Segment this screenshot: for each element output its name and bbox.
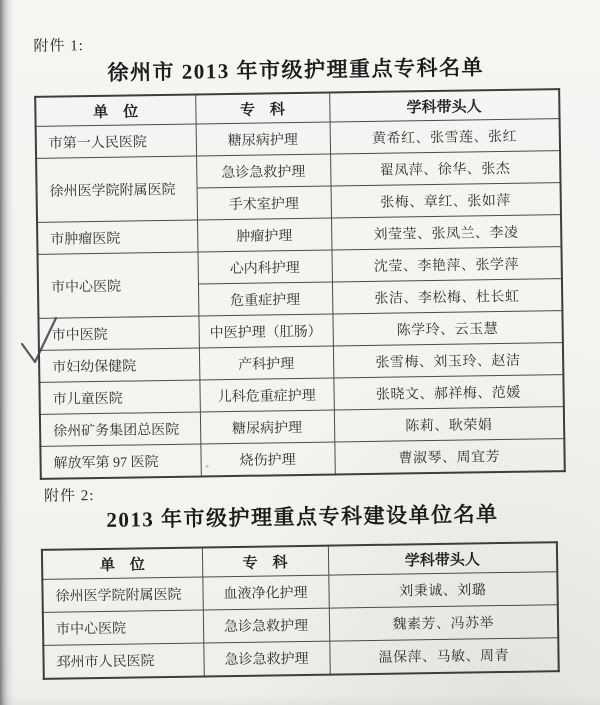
leaders-cell: 张晓文、郝祥梅、范媛 xyxy=(333,375,563,410)
leaders-cell: 张洁、李松梅、杜长虹 xyxy=(332,279,562,314)
specialty-cell: 血液净化护理 xyxy=(202,575,328,610)
specialty-cell: 急诊急救护理 xyxy=(203,641,329,676)
specialty-cell: 糖尿病护理 xyxy=(200,410,334,444)
specialty-cell: 手术室护理 xyxy=(197,186,331,220)
table-row: 邳州市人民医院 急诊急救护理 温保萍、马敏、周青 xyxy=(43,638,558,679)
specialty-cell: 急诊急救护理 xyxy=(196,154,330,188)
unit-cell: 市儿童医院 xyxy=(39,380,199,414)
specialty-cell: 心内科护理 xyxy=(197,250,331,284)
leaders-cell: 沈莹、李艳萍、张学萍 xyxy=(331,247,561,282)
header-specialty: 专 科 xyxy=(202,546,328,577)
leaders-cell: 陈莉、耿荣娟 xyxy=(334,407,564,442)
leaders-cell: 刘秉诚、刘璐 xyxy=(328,572,557,608)
leaders-cell: 黄希红、张雪莲、张红 xyxy=(330,119,560,154)
unit-cell: 市肿瘤医院 xyxy=(37,220,197,254)
leaders-cell: 张梅、章红、张如萍 xyxy=(331,183,561,218)
unit-cell: 解放军第 97 医院 xyxy=(40,444,200,479)
document-sheet: 附件 1: 徐州市 2013 年市级护理重点专科名单 单 位 专 科 学科带头人… xyxy=(0,0,600,705)
specialty-cell: 中医护理（肛肠） xyxy=(198,314,332,348)
unit-cell: 市第一人民医院 xyxy=(36,124,196,158)
table-row: 解放军第 97 医院 烧伤护理 曹淑琴、周宜芳 xyxy=(40,439,564,479)
unit-cell: 徐州矿务集团总医院 xyxy=(40,412,200,446)
specialty-cell: 糖尿病护理 xyxy=(196,122,330,156)
scan-speck xyxy=(206,465,209,467)
key-specialty-table: 单 位 专 科 学科带头人 市第一人民医院 糖尿病护理 黄希红、张雪莲、张红 徐… xyxy=(34,88,566,480)
leaders-cell: 温保萍、马敏、周青 xyxy=(329,638,558,675)
attachment-2-label: 附件 2: xyxy=(44,484,95,506)
header-unit: 单 位 xyxy=(42,547,202,579)
leaders-cell: 刘莹莹、张凤兰、李凌 xyxy=(331,215,561,250)
handwritten-checkmark-icon xyxy=(14,308,62,370)
unit-cell: 徐州医学院附属医院 xyxy=(36,156,197,222)
header-unit: 单 位 xyxy=(35,95,195,127)
leaders-cell: 张雪梅、刘玉玲、赵洁 xyxy=(333,343,563,378)
scanned-document-page: 附件 1: 徐州市 2013 年市级护理重点专科名单 单 位 专 科 学科带头人… xyxy=(0,0,600,705)
leaders-cell: 曹淑琴、周宜芳 xyxy=(334,439,564,475)
leaders-cell: 魏素芳、冯苏举 xyxy=(329,605,558,641)
specialty-cell: 产科护理 xyxy=(199,346,333,380)
unit-cell: 市中心医院 xyxy=(43,610,203,645)
specialty-cell: 急诊急救护理 xyxy=(203,608,329,643)
construction-unit-table: 单 位 专 科 学科带头人 徐州医学院附属医院 血液净化护理 刘秉诚、刘璐 市中… xyxy=(41,541,560,680)
unit-cell: 市妇幼保健院 xyxy=(39,348,199,382)
scanner-edge-shadow xyxy=(0,0,14,705)
header-leaders: 学科带头人 xyxy=(329,89,559,122)
specialty-cell: 危重症护理 xyxy=(198,282,332,316)
leaders-cell: 陈学玲、云玉慧 xyxy=(332,311,562,346)
unit-cell: 邳州市人民医院 xyxy=(43,643,203,679)
attachment-1-label: 附件 1: xyxy=(33,34,84,56)
header-specialty: 专 科 xyxy=(195,93,329,124)
specialty-cell: 烧伤护理 xyxy=(200,442,334,476)
unit-cell: 市中医院 xyxy=(38,316,198,350)
specialty-cell: 肿瘤护理 xyxy=(197,218,331,252)
unit-cell: 徐州医学院附属医院 xyxy=(42,577,202,612)
header-leaders: 学科带头人 xyxy=(328,542,557,575)
table-1-title: 徐州市 2013 年市级护理重点专科名单 xyxy=(0,50,596,89)
leaders-cell: 翟凤萍、徐华、张杰 xyxy=(330,151,560,186)
specialty-cell: 儿科危重症护理 xyxy=(199,378,333,412)
